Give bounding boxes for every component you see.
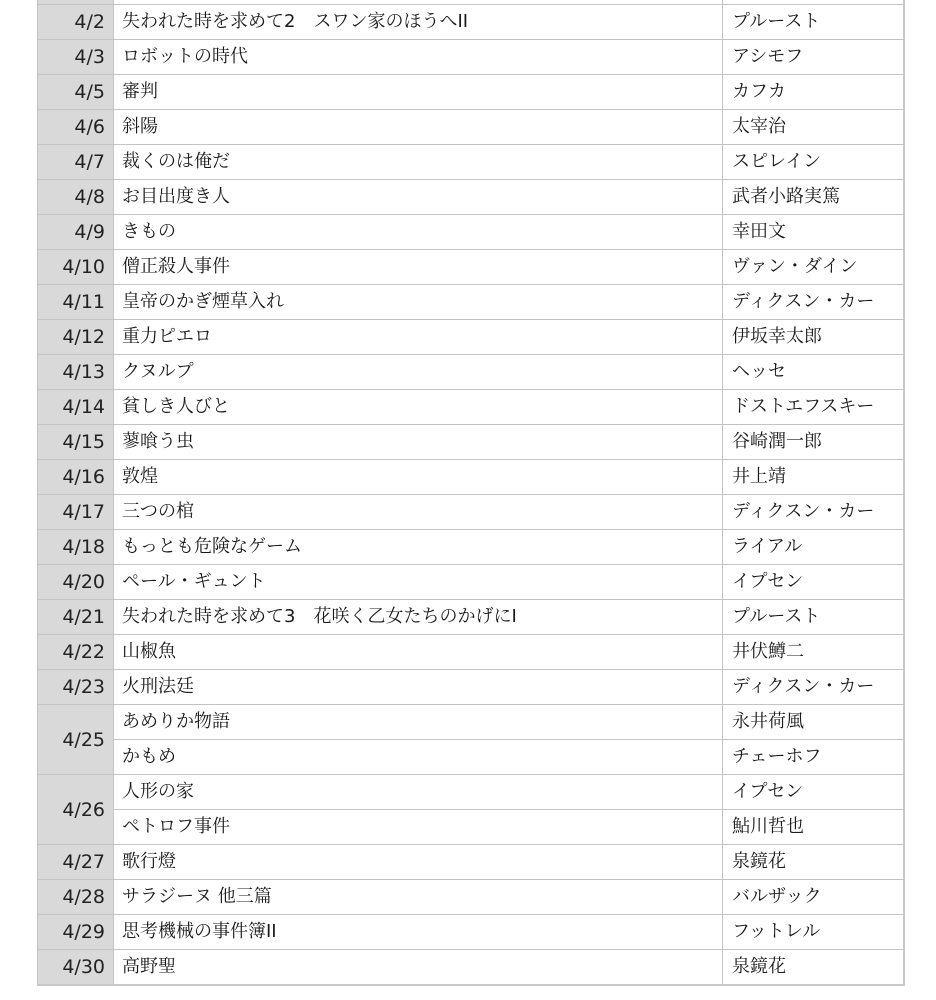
table-row: 4/30 高野聖 泉鏡花 — [38, 950, 904, 986]
table-row: 4/12 重力ピエロ 伊坂幸太郎 — [38, 320, 904, 355]
title-cell: 斜陽 — [114, 110, 723, 145]
title-cell: あめりか物語 — [114, 705, 723, 740]
table-row: 4/13 クヌルプ ヘッセ — [38, 355, 904, 390]
title-cell: 山椒魚 — [114, 635, 723, 670]
table-row: 4/5 審判 カフカ — [38, 75, 904, 110]
author-cell: ヘッセ — [723, 355, 904, 390]
table-row: 4/29 思考機械の事件簿II フットレル — [38, 915, 904, 950]
table-row: 4/15 蓼喰う虫 谷崎潤一郎 — [38, 425, 904, 460]
author-cell: イプセン — [723, 775, 904, 810]
author-cell: 伊坂幸太郎 — [723, 320, 904, 355]
date-cell: 4/6 — [38, 110, 114, 145]
date-cell: 4/15 — [38, 425, 114, 460]
title-cell: ペール・ギュント — [114, 565, 723, 600]
table-row: 4/2 失われた時を求めて2 スワン家のほうへII プルースト — [38, 5, 904, 40]
table-body: 4/2 失われた時を求めて2 スワン家のほうへII プルースト 4/3 ロボット… — [38, 0, 904, 985]
author-cell: プルースト — [723, 600, 904, 635]
author-cell: 泉鏡花 — [723, 950, 904, 986]
author-cell: ヴァン・ダイン — [723, 250, 904, 285]
author-cell: 幸田文 — [723, 215, 904, 250]
table-row: 4/9 きもの 幸田文 — [38, 215, 904, 250]
date-cell: 4/10 — [38, 250, 114, 285]
date-cell: 4/29 — [38, 915, 114, 950]
date-cell: 4/11 — [38, 285, 114, 320]
author-cell: ディクスン・カー — [723, 670, 904, 705]
author-cell: 永井荷風 — [723, 705, 904, 740]
date-cell: 4/17 — [38, 495, 114, 530]
title-cell: お目出度き人 — [114, 180, 723, 215]
title-cell: ペトロフ事件 — [114, 810, 723, 845]
title-cell: 失われた時を求めて3 花咲く乙女たちのかげにI — [114, 600, 723, 635]
date-cell: 4/13 — [38, 355, 114, 390]
date-cell: 4/16 — [38, 460, 114, 495]
table-row: 4/28 サラジーヌ 他三篇 バルザック — [38, 880, 904, 915]
author-cell: イプセン — [723, 565, 904, 600]
title-cell: 歌行燈 — [114, 845, 723, 880]
title-cell: ロボットの時代 — [114, 40, 723, 75]
title-cell: 高野聖 — [114, 950, 723, 986]
table-row: ペトロフ事件 鮎川哲也 — [38, 810, 904, 845]
author-cell: 鮎川哲也 — [723, 810, 904, 845]
author-cell: 泉鏡花 — [723, 845, 904, 880]
table-row: 4/10 僧正殺人事件 ヴァン・ダイン — [38, 250, 904, 285]
author-cell: チェーホフ — [723, 740, 904, 775]
title-cell: 裁くのは俺だ — [114, 145, 723, 180]
table-row: 4/7 裁くのは俺だ スピレイン — [38, 145, 904, 180]
date-cell-merged: 4/25 — [38, 705, 114, 775]
title-cell: 貧しき人びと — [114, 390, 723, 425]
table-row: 4/14 貧しき人びと ドストエフスキー — [38, 390, 904, 425]
author-cell: フットレル — [723, 915, 904, 950]
author-cell: 谷崎潤一郎 — [723, 425, 904, 460]
table-row: 4/18 もっとも危険なゲーム ライアル — [38, 530, 904, 565]
author-cell: アシモフ — [723, 40, 904, 75]
author-cell: ライアル — [723, 530, 904, 565]
title-cell: 火刑法廷 — [114, 670, 723, 705]
table-row: かもめ チェーホフ — [38, 740, 904, 775]
date-cell: 4/14 — [38, 390, 114, 425]
author-cell: プルースト — [723, 5, 904, 40]
title-cell: 重力ピエロ — [114, 320, 723, 355]
author-cell: ドストエフスキー — [723, 390, 904, 425]
author-cell: ディクスン・カー — [723, 495, 904, 530]
author-cell: カフカ — [723, 75, 904, 110]
date-cell: 4/18 — [38, 530, 114, 565]
author-cell: 太宰治 — [723, 110, 904, 145]
date-cell: 4/9 — [38, 215, 114, 250]
table-row: 4/26 人形の家 イプセン — [38, 775, 904, 810]
date-cell: 4/7 — [38, 145, 114, 180]
title-cell: もっとも危険なゲーム — [114, 530, 723, 565]
table-row: 4/20 ペール・ギュント イプセン — [38, 565, 904, 600]
date-cell: 4/21 — [38, 600, 114, 635]
title-cell: 失われた時を求めて2 スワン家のほうへII — [114, 5, 723, 40]
reading-log-table: 4/2 失われた時を求めて2 スワン家のほうへII プルースト 4/3 ロボット… — [37, 0, 905, 986]
date-cell: 4/30 — [38, 950, 114, 986]
title-cell: 三つの棺 — [114, 495, 723, 530]
date-cell: 4/3 — [38, 40, 114, 75]
date-cell: 4/23 — [38, 670, 114, 705]
title-cell: 僧正殺人事件 — [114, 250, 723, 285]
author-cell: 武者小路実篤 — [723, 180, 904, 215]
title-cell: 人形の家 — [114, 775, 723, 810]
table-row: 4/25 あめりか物語 永井荷風 — [38, 705, 904, 740]
table-row: 4/6 斜陽 太宰治 — [38, 110, 904, 145]
table-row: 4/23 火刑法廷 ディクスン・カー — [38, 670, 904, 705]
table-row: 4/17 三つの棺 ディクスン・カー — [38, 495, 904, 530]
date-cell: 4/20 — [38, 565, 114, 600]
date-cell: 4/8 — [38, 180, 114, 215]
title-cell: かもめ — [114, 740, 723, 775]
title-cell: サラジーヌ 他三篇 — [114, 880, 723, 915]
author-cell: バルザック — [723, 880, 904, 915]
date-cell: 4/28 — [38, 880, 114, 915]
table-row: 4/27 歌行燈 泉鏡花 — [38, 845, 904, 880]
author-cell: 井上靖 — [723, 460, 904, 495]
title-cell: 皇帝のかぎ煙草入れ — [114, 285, 723, 320]
table-row: 4/11 皇帝のかぎ煙草入れ ディクスン・カー — [38, 285, 904, 320]
date-cell: 4/2 — [38, 5, 114, 40]
title-cell: 敦煌 — [114, 460, 723, 495]
title-cell: 審判 — [114, 75, 723, 110]
table-row: 4/8 お目出度き人 武者小路実篤 — [38, 180, 904, 215]
date-cell: 4/22 — [38, 635, 114, 670]
table-row: 4/22 山椒魚 井伏鱒二 — [38, 635, 904, 670]
author-cell: 井伏鱒二 — [723, 635, 904, 670]
table-row: 4/16 敦煌 井上靖 — [38, 460, 904, 495]
title-cell: 蓼喰う虫 — [114, 425, 723, 460]
author-cell: スピレイン — [723, 145, 904, 180]
author-cell: ディクスン・カー — [723, 285, 904, 320]
title-cell: 思考機械の事件簿II — [114, 915, 723, 950]
reading-log-table-container: 4/2 失われた時を求めて2 スワン家のほうへII プルースト 4/3 ロボット… — [37, 0, 903, 986]
table-row: 4/21 失われた時を求めて3 花咲く乙女たちのかげにI プルースト — [38, 600, 904, 635]
date-cell: 4/12 — [38, 320, 114, 355]
date-cell: 4/5 — [38, 75, 114, 110]
title-cell: クヌルプ — [114, 355, 723, 390]
date-cell-merged: 4/26 — [38, 775, 114, 845]
table-row: 4/3 ロボットの時代 アシモフ — [38, 40, 904, 75]
title-cell: きもの — [114, 215, 723, 250]
date-cell: 4/27 — [38, 845, 114, 880]
